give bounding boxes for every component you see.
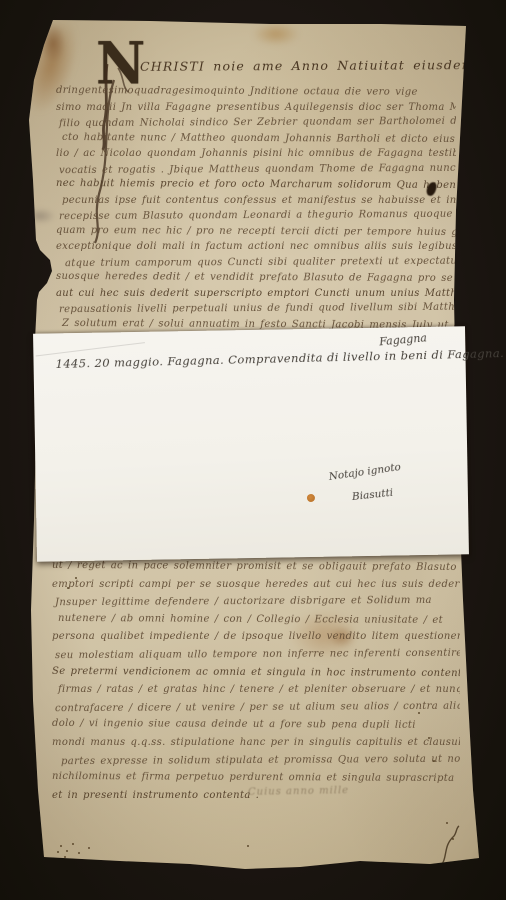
ink-speckle xyxy=(60,845,62,847)
ink-speckle xyxy=(418,712,420,714)
manuscript-upper-block: dringentesimoquadragesimoquinto Jndition… xyxy=(56,84,456,336)
manuscript-line: Jnsuper legittime defendere / auctorizar… xyxy=(55,592,460,612)
ink-speckle xyxy=(88,847,90,849)
manuscript-line: suosque heredes dedit / et vendidit pref… xyxy=(56,269,456,287)
wax-dot xyxy=(307,494,315,502)
ink-speckle xyxy=(67,587,69,589)
ink-speckle xyxy=(57,851,59,853)
manuscript-line: lio / ac Nicolao quondam Johannis pisini… xyxy=(56,146,456,162)
manuscript-line: ut / reget ac in pace solemniter promisi… xyxy=(52,558,460,577)
slip-corner-note: Fagagna xyxy=(379,331,428,348)
manuscript-line: filio quondam Nicholai sindico Ser Zebri… xyxy=(59,114,456,132)
manuscript-line: nutenere / ab omni homine / con / Colleg… xyxy=(52,610,460,630)
manuscript-line: aut cui hec suis dederit superscripto em… xyxy=(56,286,456,302)
manuscript-line: exceptionique doli mali in factum action… xyxy=(56,239,456,255)
ink-speckle xyxy=(433,760,435,762)
ink-speckle xyxy=(72,843,74,845)
manuscript-line: dolo / vi ingenio siue causa deinde ut a… xyxy=(52,715,460,735)
manuscript-line: dringentesimoquadragesimoquinto Jndition… xyxy=(56,84,456,101)
pen-squiggle-icon xyxy=(438,824,462,868)
manuscript-line: seu molestiam aliquam ullo tempore non i… xyxy=(55,645,460,665)
slip-signature: Biasutti xyxy=(351,487,393,503)
ink-speckle xyxy=(428,737,430,739)
photo-stage: N CHRISTI noie ame Anno Natiuitat eiusde… xyxy=(0,0,506,900)
ink-speckle xyxy=(247,845,249,847)
manuscript-line: quam pro eum nec hic / pro ne recepti te… xyxy=(56,222,456,240)
ink-speckle xyxy=(75,577,77,579)
manuscript-line: persona qualibet impediente / de ipsoque… xyxy=(52,628,460,646)
stain-top-left-core xyxy=(40,22,66,64)
invocation-line: CHRISTI noie ame Anno Natiuitat eiusdem … xyxy=(140,57,470,74)
manuscript-line: pecunias ipse fuit contentus confessus e… xyxy=(56,193,456,209)
manuscript-line: cto habitante nunc / Mattheo quondam Joh… xyxy=(56,129,456,147)
manuscript-line: mondi manus q.q.ss. stipulatione hanc pe… xyxy=(52,734,460,752)
slip-notary-note: Notajo ignoto xyxy=(328,461,402,483)
manuscript-line: recepisse cum Blasuto quondam Leonardi a… xyxy=(59,207,456,225)
slip-main-caption: 1445. 20 maggio. Fagagna. Compravendita … xyxy=(55,346,504,371)
ink-speckle xyxy=(452,838,454,840)
archival-slip: Fagagna 1445. 20 maggio. Fagagna. Compra… xyxy=(33,326,469,562)
ink-speckle xyxy=(66,850,68,852)
manuscript-line: Se pretermi vendicionem ac omnia et sing… xyxy=(52,662,460,682)
manuscript-line: nec habuit hiemis precio et foro octo Ma… xyxy=(56,176,456,194)
manuscript-line: emptori scripti campi per se suosque her… xyxy=(52,576,460,594)
ink-speckle xyxy=(446,822,448,824)
manuscript-line: nichilominus et firma perpetuo perdurent… xyxy=(52,768,460,788)
ink-speckle xyxy=(64,856,66,858)
stain-left-margin xyxy=(24,208,56,224)
stain-top-center xyxy=(252,22,300,46)
manuscript-line: simo madii Jn villa Fagagne presentibus … xyxy=(56,100,456,116)
manuscript-lower-block: ut / reget ac in pace solemniter promisi… xyxy=(52,558,460,810)
manuscript-line: repausationis livelli perpetuali unius d… xyxy=(59,300,456,318)
manuscript-line: firmas / ratas / et gratas hinc / tenere… xyxy=(52,681,460,699)
closing-flourish-text: Cuius anno mille xyxy=(248,785,349,798)
ink-speckle xyxy=(78,852,80,854)
